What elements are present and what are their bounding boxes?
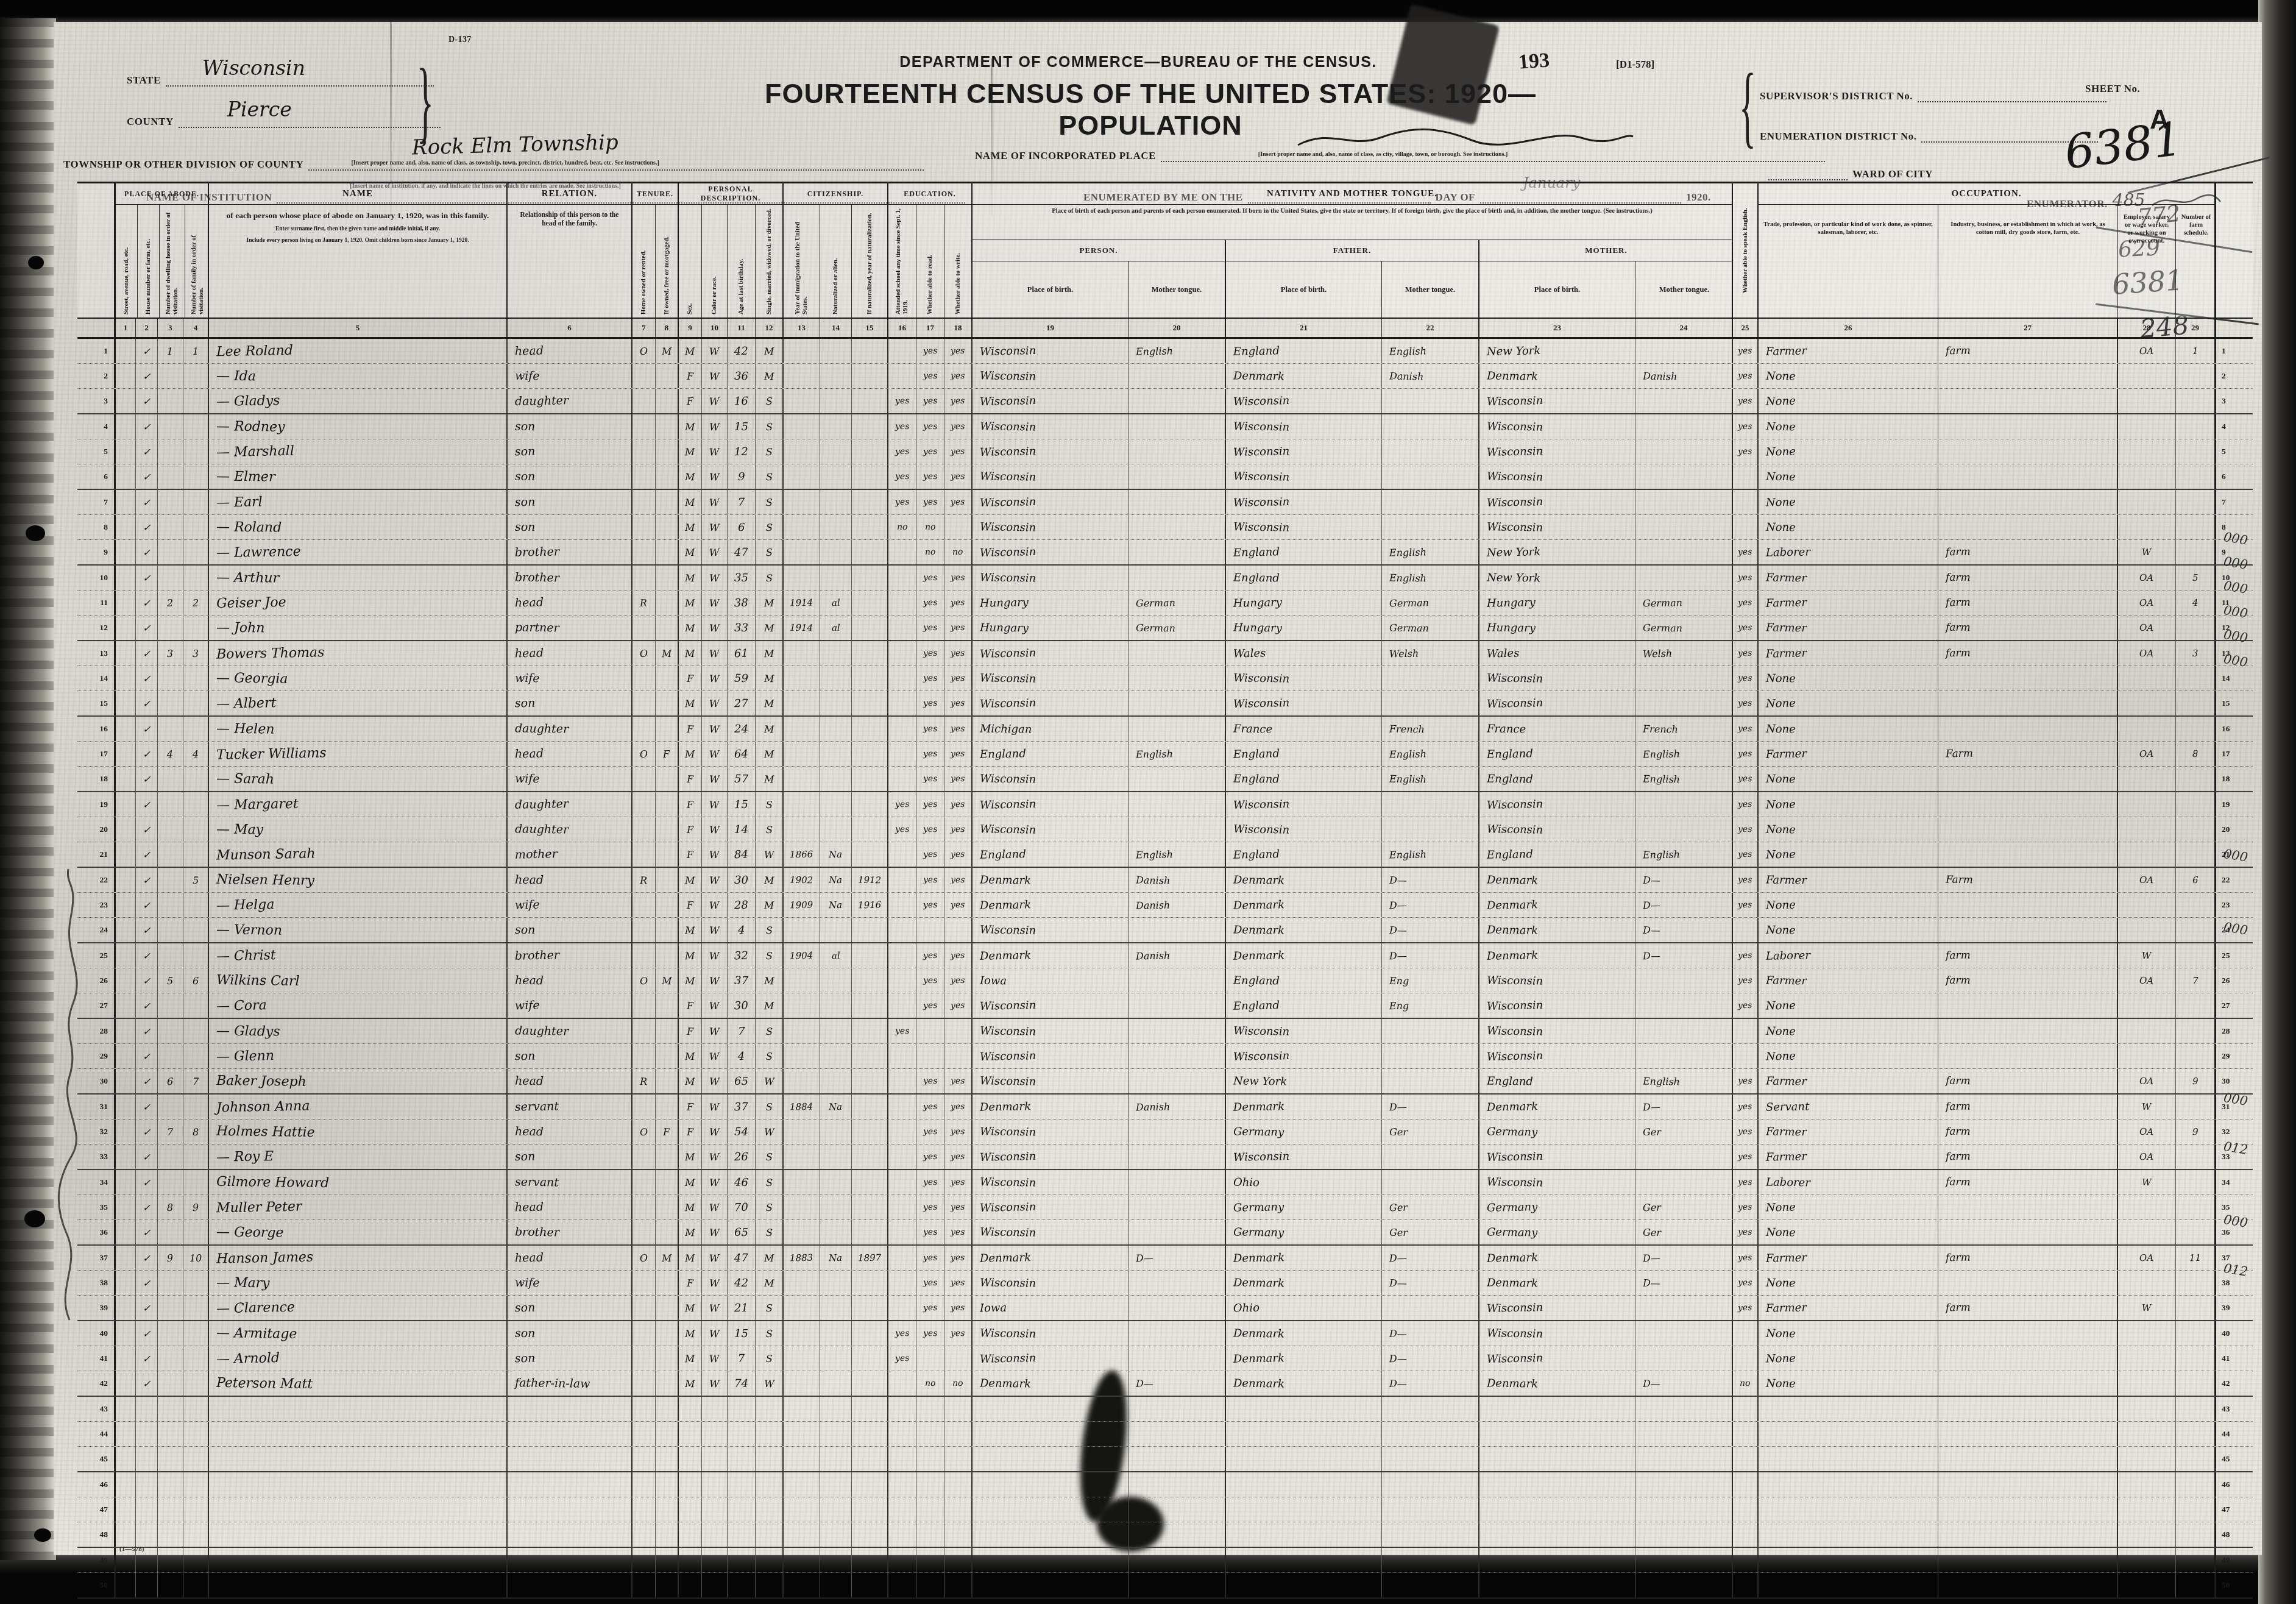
- handwritten-value: ✓: [143, 1176, 151, 1188]
- cell-r29-c9: M: [679, 1044, 702, 1068]
- cell-r12-c6: partner: [508, 616, 632, 640]
- cell-r16-c2: ✓: [136, 717, 158, 741]
- handwritten-value: None: [1766, 495, 1796, 509]
- handwritten-value: W: [709, 773, 720, 784]
- handwritten-value: Farmer: [1766, 747, 1807, 761]
- handwritten-value: 5: [167, 974, 173, 986]
- handwritten-value: None: [1766, 1226, 1796, 1239]
- handwritten-value: Na: [829, 875, 842, 885]
- handwritten-value: S: [765, 823, 772, 835]
- handwritten-value: Wisconsin: [1487, 672, 1543, 685]
- cell-r26-c19: Iowa: [973, 968, 1129, 993]
- cell-r46-c19: [973, 1472, 1129, 1497]
- handwritten-value: 15: [734, 798, 748, 811]
- handwritten-value: yes: [951, 1177, 965, 1187]
- row-number-right: 50: [2216, 1573, 2253, 1597]
- cell-r48-c24: [1635, 1522, 1733, 1547]
- cell-r38-c6: wife: [508, 1271, 632, 1295]
- row-number-left: 27: [77, 993, 114, 1018]
- handwritten-value: Farmer: [1766, 1125, 1807, 1138]
- cell-r41-c11: 7: [728, 1346, 756, 1371]
- row-number-right: 44: [2216, 1422, 2253, 1446]
- column-number-20: 20: [1129, 319, 1226, 337]
- cell-r12-c27: farm: [1938, 616, 2118, 640]
- cell-r48-c4: [183, 1522, 209, 1547]
- cell-r3-c3: [158, 389, 183, 413]
- cell-r50-c23: [1479, 1573, 1635, 1597]
- column-number-13: 13: [784, 319, 820, 337]
- handwritten-value: M: [662, 345, 672, 357]
- cell-r3-c1: [114, 389, 136, 413]
- cell-r31-c14: Na: [820, 1095, 852, 1119]
- cell-r21-c21: England: [1226, 842, 1382, 867]
- cell-r19-c7: [632, 792, 656, 817]
- cell-r38-c1: [114, 1271, 136, 1295]
- handwritten-value: 61: [734, 647, 748, 659]
- cell-r32-c18: yes: [944, 1120, 973, 1144]
- handwritten-value: ✓: [143, 924, 151, 935]
- handwritten-value: no: [925, 547, 936, 557]
- handwritten-value: yes: [951, 598, 965, 608]
- handwritten-value: Denmark: [1233, 873, 1284, 887]
- handwritten-value: yes: [923, 1253, 938, 1263]
- cell-r25-c6: brother: [508, 943, 632, 968]
- cell-r28-c6: daughter: [508, 1019, 632, 1043]
- cell-r3-c17: yes: [916, 389, 944, 413]
- cell-r19-c9: F: [679, 792, 702, 817]
- cell-r37-c2: ✓: [136, 1246, 158, 1270]
- cell-r28-c18: [944, 1019, 973, 1043]
- handwritten-value: O: [640, 1126, 648, 1137]
- handwritten-value: ✓: [143, 1252, 151, 1263]
- column-number-21: 21: [1226, 319, 1382, 337]
- cell-r9-c29: [2176, 540, 2216, 564]
- handwritten-value: Laborer: [1766, 545, 1810, 559]
- handwritten-value: 54: [734, 1125, 748, 1138]
- cell-r7-c19: Wisconsin: [973, 490, 1129, 514]
- cell-r22-c28: OA: [2118, 868, 2176, 892]
- cell-r45-c28: [2118, 1447, 2176, 1471]
- cell-r42-c25: no: [1733, 1371, 1759, 1396]
- handwritten-value: W: [709, 546, 720, 558]
- column-number-24: 24: [1635, 319, 1733, 337]
- col-header-father-pob: Place of birth.: [1226, 261, 1382, 318]
- row-number-right: 45: [2216, 1447, 2253, 1471]
- handwritten-value: Hungary: [1487, 596, 1536, 610]
- row-number-right: 5: [2216, 439, 2253, 464]
- handwritten-value: yes: [951, 825, 965, 834]
- cell-r39-c16: [888, 1296, 916, 1320]
- cell-r8-c20: [1129, 515, 1226, 539]
- handwritten-value: wife: [515, 369, 540, 383]
- handwritten-value: 1: [193, 345, 199, 357]
- handwritten-value: al: [831, 950, 840, 961]
- cell-r44-c5: [209, 1422, 508, 1446]
- group-title: NAME: [209, 183, 506, 205]
- cell-r19-c17: yes: [916, 792, 944, 817]
- cell-r28-c25: [1733, 1019, 1759, 1043]
- cell-r36-c3: [158, 1220, 183, 1244]
- cell-r5-c11: 12: [728, 439, 756, 464]
- group-title: NATIVITY AND MOTHER TONGUE.: [973, 183, 1732, 205]
- handwritten-value: ✓: [143, 773, 151, 784]
- handwritten-value: M: [685, 647, 695, 659]
- handwritten-value: — Mary: [216, 1275, 270, 1291]
- cell-r31-c19: Denmark: [973, 1095, 1129, 1119]
- census-row-11: 11✓22Geiser JoeheadRMW38M1914alyesyesHun…: [77, 591, 2253, 616]
- col-header-year-naturalization: If naturalized, year of naturalization.: [866, 205, 874, 317]
- cell-r47-c26: [1759, 1497, 1938, 1522]
- handwritten-value: 15: [734, 1327, 748, 1340]
- handwritten-value: 8: [167, 1201, 174, 1213]
- state-label: STATE: [127, 74, 161, 87]
- cell-r49-c14: [820, 1548, 852, 1572]
- handwritten-value: — Arnold: [216, 1350, 280, 1367]
- cell-r11-c3: 2: [158, 591, 183, 615]
- cell-r42-c1: [114, 1371, 136, 1396]
- cell-r14-c10: W: [702, 666, 728, 690]
- row-number-left: 2: [77, 364, 114, 388]
- row-number-right: 25: [2216, 943, 2253, 968]
- cell-r44-c18: [944, 1422, 973, 1446]
- handwritten-value: Na: [829, 849, 842, 860]
- handwritten-value: yes: [1738, 698, 1752, 708]
- handwritten-value: Wisconsin: [980, 823, 1036, 836]
- handwritten-value: yes: [923, 1102, 938, 1112]
- cell-r38-c29: [2176, 1271, 2216, 1295]
- cell-r10-c29: 5: [2176, 566, 2216, 590]
- handwritten-value: servant: [515, 1099, 559, 1113]
- handwritten-value: son: [515, 495, 536, 509]
- cell-r42-c10: W: [702, 1371, 728, 1396]
- cell-r12-c9: M: [679, 616, 702, 640]
- cell-r47-c1: [114, 1497, 136, 1522]
- cell-r50-c21: [1226, 1573, 1382, 1597]
- column-number-11: 11: [728, 319, 756, 337]
- cell-r6-c2: ✓: [136, 464, 158, 489]
- column-number-10: 10: [702, 319, 728, 337]
- handwritten-value: yes: [951, 1001, 965, 1010]
- handwritten-value: no: [925, 522, 936, 532]
- cell-r39-c22: [1382, 1296, 1479, 1320]
- handwritten-value: Farmer: [1766, 344, 1807, 358]
- cell-r31-c5: Johnson Anna: [209, 1095, 508, 1119]
- cell-r13-c23: Wales: [1479, 641, 1635, 665]
- cell-r39-c18: yes: [944, 1296, 973, 1320]
- handwritten-value: yes: [951, 447, 965, 456]
- cell-r43-c13: [784, 1397, 820, 1421]
- cell-r46-c29: [2176, 1472, 2216, 1497]
- cell-r17-c19: England: [973, 742, 1129, 766]
- cell-r23-c22: D—: [1382, 893, 1479, 917]
- cell-r24-c29: [2176, 918, 2216, 942]
- cell-r10-c17: yes: [916, 566, 944, 590]
- census-row-33: 33✓— Roy EsonMW26SyesyesWisconsinWiscons…: [77, 1144, 2253, 1170]
- cell-r13-c17: yes: [916, 641, 944, 665]
- cell-r44-c21: [1226, 1422, 1382, 1446]
- cell-r26-c20: [1129, 968, 1226, 993]
- cell-r10-c15: [852, 566, 888, 590]
- cell-r27-c6: wife: [508, 993, 632, 1018]
- cell-r37-c8: M: [656, 1246, 679, 1270]
- handwritten-value: yes: [923, 951, 938, 960]
- cell-r17-c9: M: [679, 742, 702, 766]
- handwritten-value: Wisconsin: [980, 697, 1036, 711]
- handwritten-value: ✓: [143, 421, 151, 432]
- cell-r7-c27: [1938, 490, 2118, 514]
- cell-r14-c22: [1382, 666, 1479, 690]
- handwritten-value: yes: [1738, 371, 1752, 381]
- cell-r23-c18: yes: [944, 893, 973, 917]
- handwritten-value: Wisconsin: [1487, 823, 1543, 836]
- handwritten-value: OA: [2139, 597, 2153, 608]
- handwritten-value: Danish: [1389, 370, 1424, 382]
- cell-r15-c16: [888, 691, 916, 715]
- cell-r7-c15: [852, 490, 888, 514]
- cell-r14-c2: ✓: [136, 666, 158, 690]
- handwritten-value: OA: [2139, 622, 2153, 633]
- cell-r48-c12: [756, 1522, 784, 1547]
- cell-r18-c10: W: [702, 767, 728, 791]
- cell-r4-c29: [2176, 414, 2216, 439]
- cell-r3-c27: [1938, 389, 2118, 413]
- cell-r1-c9: M: [679, 339, 702, 363]
- cell-r22-c22: D—: [1382, 868, 1479, 892]
- cell-r18-c24: English: [1635, 767, 1733, 791]
- handwritten-value: Denmark: [1487, 1377, 1538, 1390]
- cell-r13-c26: Farmer: [1759, 641, 1938, 665]
- cell-r20-c18: yes: [944, 817, 973, 842]
- cell-r29-c16: [888, 1044, 916, 1068]
- cell-r4-c21: Wisconsin: [1226, 414, 1382, 439]
- cell-r4-c18: yes: [944, 414, 973, 439]
- cell-r2-c24: Danish: [1635, 364, 1733, 388]
- handwritten-value: 4: [738, 923, 745, 936]
- handwritten-value: 59: [734, 672, 748, 684]
- cell-r43-c5: [209, 1397, 508, 1421]
- handwritten-value: 4: [167, 748, 174, 759]
- handwritten-value: yes: [923, 1278, 938, 1288]
- handwritten-value: Gilmore Howard: [216, 1174, 330, 1191]
- cell-r43-c23: [1479, 1397, 1635, 1421]
- township-value: Rock Elm Township: [412, 130, 619, 160]
- handwritten-value: Wisconsin: [1487, 495, 1543, 509]
- cell-r10-c25: yes: [1733, 566, 1759, 590]
- handwritten-value: 4: [2192, 597, 2199, 608]
- column-number-2: 2: [136, 319, 158, 337]
- handwritten-value: head: [515, 596, 544, 610]
- cell-r45-c17: [916, 1447, 944, 1471]
- cell-r36-c13: [784, 1220, 820, 1244]
- cell-r12-c4: [183, 616, 209, 640]
- cell-r20-c12: S: [756, 817, 784, 842]
- handwritten-value: yes: [1738, 749, 1752, 759]
- cell-r31-c26: Servant: [1759, 1095, 1938, 1119]
- cell-r9-c4: [183, 540, 209, 564]
- cell-r11-c10: W: [702, 591, 728, 615]
- handwritten-value: yes: [1738, 623, 1752, 633]
- cell-r37-c27: farm: [1938, 1246, 2118, 1270]
- handwritten-value: Germany: [1233, 1201, 1284, 1215]
- cell-r10-c2: ✓: [136, 566, 158, 590]
- handwritten-value: W: [709, 1377, 720, 1389]
- handwritten-value: yes: [923, 1202, 938, 1212]
- cell-r43-c9: [679, 1397, 702, 1421]
- handwritten-value: S: [765, 496, 772, 508]
- row-number-left: 13: [77, 641, 114, 665]
- cell-r3-c29: [2176, 389, 2216, 413]
- cell-r29-c28: [2118, 1044, 2176, 1068]
- cell-r31-c15: [852, 1095, 888, 1119]
- cell-r18-c12: M: [756, 767, 784, 791]
- stamp-number: 193: [1518, 49, 1551, 74]
- cell-r40-c12: S: [756, 1321, 784, 1346]
- cell-r16-c26: None: [1759, 717, 1938, 741]
- handwritten-value: Farmer: [1766, 1301, 1807, 1315]
- handwritten-value: farm: [1946, 546, 1971, 559]
- cell-r11-c4: 2: [183, 591, 209, 615]
- handwritten-value: F: [663, 748, 670, 759]
- cell-r13-c10: W: [702, 641, 728, 665]
- handwritten-value: F: [663, 1126, 670, 1137]
- handwritten-value: England: [980, 747, 1026, 761]
- cell-r23-c15: 1916: [852, 893, 888, 917]
- cell-r44-c12: [756, 1422, 784, 1446]
- cell-r35-c4: 9: [183, 1195, 209, 1219]
- handwritten-value: 6: [738, 520, 745, 533]
- handwritten-value: no: [952, 1379, 963, 1388]
- cell-r18-c4: [183, 767, 209, 791]
- cell-r22-c19: Denmark: [973, 868, 1129, 892]
- cell-r30-c15: [852, 1069, 888, 1093]
- sheet-number-value: 6381: [2061, 112, 2185, 180]
- cell-r21-c13: 1866: [784, 842, 820, 867]
- cell-r1-c26: Farmer: [1759, 339, 1938, 363]
- handwritten-value: ✓: [143, 622, 151, 633]
- cell-r33-c10: W: [702, 1144, 728, 1169]
- handwritten-value: 1916: [858, 900, 882, 911]
- handwritten-value: 6: [193, 974, 199, 986]
- cell-r49-c17: [916, 1548, 944, 1572]
- cell-r46-c8: [656, 1472, 679, 1497]
- cell-r24-c21: Denmark: [1226, 918, 1382, 942]
- row-number-left: 25: [77, 943, 114, 968]
- cell-r47-c11: [728, 1497, 756, 1522]
- scan-edge-top: [0, 0, 2296, 23]
- census-row-42: 42✓Peterson Mattfather-in-lawMW74WnonoDe…: [77, 1371, 2253, 1397]
- cell-r6-c9: M: [679, 464, 702, 489]
- census-row-28: 28✓— GladysdaughterFW7SyesWisconsinWisco…: [77, 1019, 2253, 1044]
- cell-r15-c10: W: [702, 691, 728, 715]
- cell-r24-c13: [784, 918, 820, 942]
- handwritten-value: Wisconsin: [1487, 1049, 1543, 1063]
- cell-r5-c16: yes: [888, 439, 916, 464]
- handwritten-value: wife: [515, 1276, 540, 1290]
- cell-r48-c13: [784, 1522, 820, 1547]
- handwritten-value: W: [709, 647, 720, 659]
- cell-r39-c5: — Clarence: [209, 1296, 508, 1320]
- census-row-1: 1✓11Lee RolandheadOMMW42MyesyesWisconsin…: [77, 339, 2253, 364]
- cell-r11-c29: 4: [2176, 591, 2216, 615]
- handwritten-value: yes: [1738, 1001, 1752, 1010]
- handwritten-value: R: [640, 874, 647, 885]
- cell-r37-c25: yes: [1733, 1246, 1759, 1270]
- cell-r41-c19: Wisconsin: [973, 1346, 1129, 1371]
- cell-r28-c21: Wisconsin: [1226, 1019, 1382, 1043]
- cell-r28-c4: [183, 1019, 209, 1043]
- cell-r11-c22: German: [1382, 591, 1479, 615]
- cell-r41-c2: ✓: [136, 1346, 158, 1371]
- cell-r26-c17: yes: [916, 968, 944, 993]
- cell-r43-c12: [756, 1397, 784, 1421]
- cell-r48-c6: [508, 1522, 632, 1547]
- cell-r35-c14: [820, 1195, 852, 1219]
- cell-r13-c2: ✓: [136, 641, 158, 665]
- cell-r34-c26: Laborer: [1759, 1170, 1938, 1194]
- cell-r46-c26: [1759, 1472, 1938, 1497]
- cell-r28-c27: [1938, 1019, 2118, 1043]
- cell-r13-c28: OA: [2118, 641, 2176, 665]
- cell-r27-c26: None: [1759, 993, 1938, 1018]
- cell-r7-c16: yes: [888, 490, 916, 514]
- handwritten-value: Danish: [1136, 899, 1171, 911]
- cell-r27-c10: W: [702, 993, 728, 1018]
- handwritten-value: farm: [1946, 1075, 1971, 1088]
- handwritten-value: no: [1740, 1379, 1751, 1388]
- handwritten-value: W: [709, 1151, 720, 1162]
- handwritten-value: Denmark: [980, 1251, 1031, 1265]
- handwritten-value: M: [685, 445, 695, 457]
- cell-r26-c10: W: [702, 968, 728, 993]
- cell-r46-c6: [508, 1472, 632, 1497]
- row-number-right: 46: [2216, 1472, 2253, 1497]
- cell-r17-c8: F: [656, 742, 679, 766]
- census-row-6: 6✓— ElmersonMW9SyesyesyesWisconsinWiscon…: [77, 464, 2253, 490]
- cell-r24-c4: [183, 918, 209, 942]
- handwritten-value: W: [709, 848, 720, 860]
- cell-r10-c6: brother: [508, 566, 632, 590]
- handwritten-value: farm: [1946, 949, 1971, 962]
- cell-r11-c17: yes: [916, 591, 944, 615]
- cell-r8-c12: S: [756, 515, 784, 539]
- cell-r44-c20: [1129, 1422, 1226, 1446]
- row-number-left: 47: [77, 1497, 114, 1522]
- cell-r48-c5: [209, 1522, 508, 1547]
- census-row-40: 40✓— ArmitagesonMW15SyesyesyesWisconsinD…: [77, 1321, 2253, 1346]
- cell-r2-c3: [158, 364, 183, 388]
- col-header-home-owned: Home owned or rented.: [640, 205, 648, 317]
- cell-r36-c4: [183, 1220, 209, 1244]
- cell-r45-c7: [632, 1447, 656, 1471]
- cell-r2-c22: Danish: [1382, 364, 1479, 388]
- cell-r5-c28: [2118, 439, 2176, 464]
- cell-r30-c6: head: [508, 1069, 632, 1093]
- cell-r50-c11: [728, 1573, 756, 1597]
- cell-r45-c14: [820, 1447, 852, 1471]
- handwritten-value: W: [709, 1352, 720, 1364]
- cell-r32-c12: W: [756, 1120, 784, 1144]
- cell-r45-c6: [508, 1447, 632, 1471]
- handwritten-value: M: [685, 748, 695, 759]
- census-row-30: 30✓67Baker JosephheadRMW65WyesyesWiscons…: [77, 1069, 2253, 1095]
- cell-r13-c8: M: [656, 641, 679, 665]
- cell-r5-c15: [852, 439, 888, 464]
- handwritten-value: Holmes Hattie: [216, 1123, 315, 1140]
- handwritten-value: farm: [1946, 1252, 1971, 1265]
- handwritten-value: yes: [1738, 1202, 1752, 1212]
- cell-r44-c13: [784, 1422, 820, 1446]
- cell-r41-c21: Denmark: [1226, 1346, 1382, 1371]
